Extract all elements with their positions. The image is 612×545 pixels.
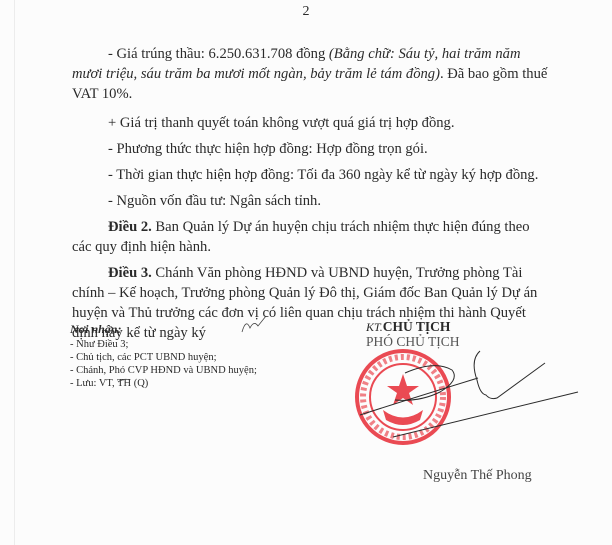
initials-mark bbox=[118, 379, 130, 382]
handwritten-signature bbox=[360, 351, 578, 437]
stamp-and-signature bbox=[0, 0, 612, 545]
initials-mark bbox=[242, 316, 266, 332]
official-stamp-icon bbox=[357, 351, 449, 443]
signer-name: Nguyễn Thế Phong bbox=[423, 468, 532, 484]
